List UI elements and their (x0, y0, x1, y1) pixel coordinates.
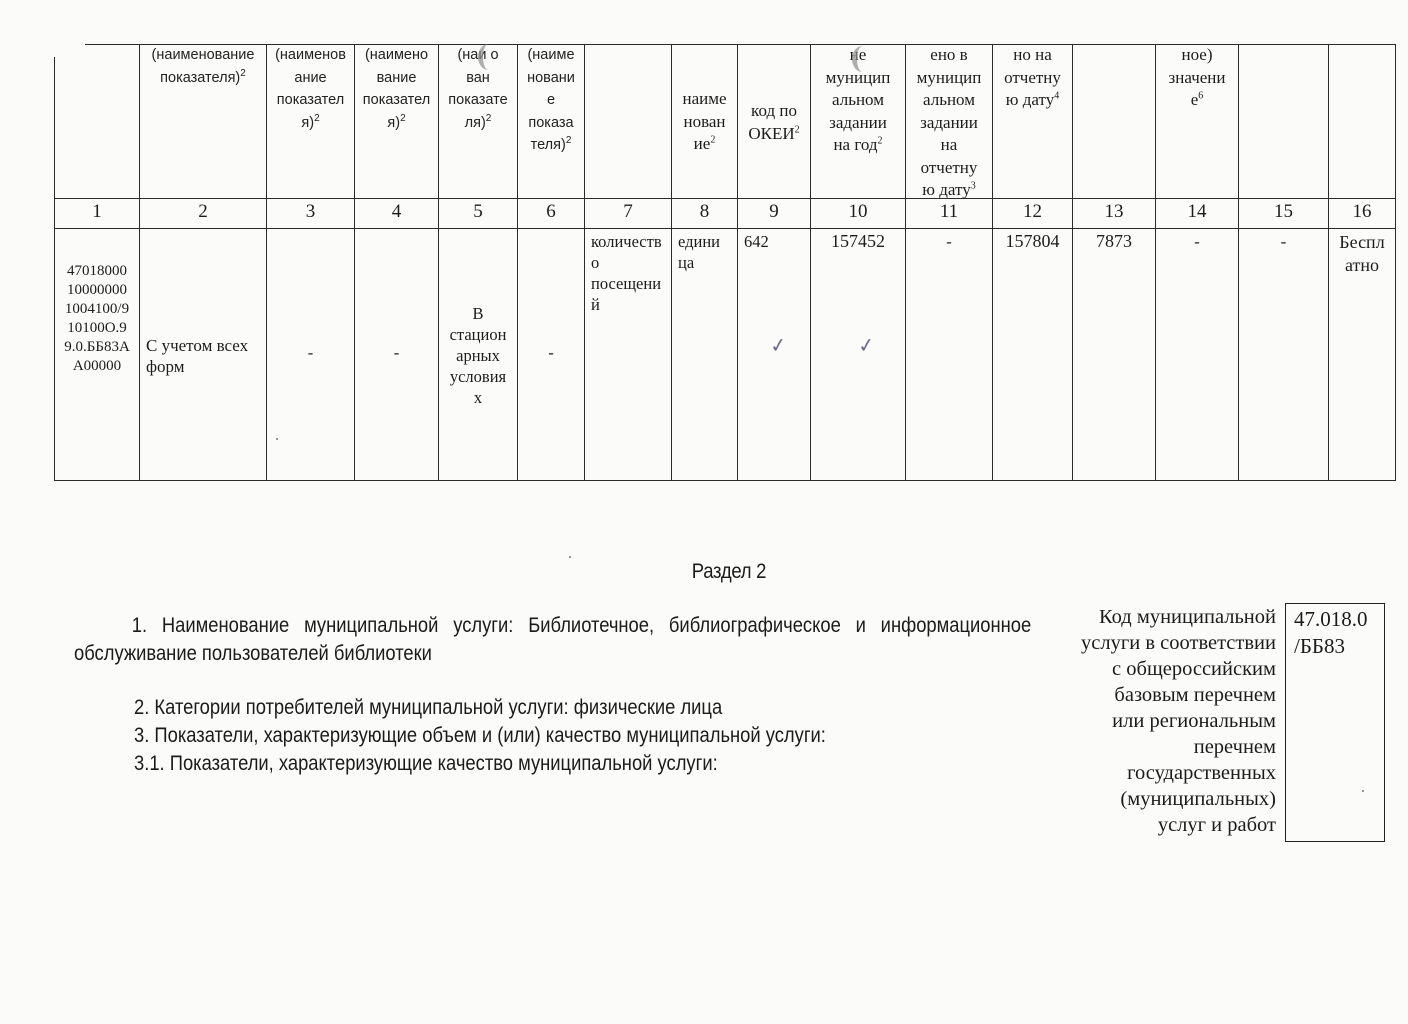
table-header-cell (1239, 40, 1328, 198)
condition-indicator-2-cell: - (518, 342, 584, 480)
table-header-cell: (наименов ание показател я)2 (267, 40, 354, 198)
quality-indicators-heading: 3.1. Показатели, характеризующие качеств… (134, 750, 718, 778)
content-indicator-3-cell: - (355, 342, 438, 480)
column-number-cell: 13 (1073, 198, 1155, 228)
average-price-cell: Беспл атно (1329, 231, 1395, 480)
content-indicator-1-cell: С учетом всех форм (140, 335, 266, 480)
table-header-cell (1073, 40, 1155, 198)
column-number-cell: 7 (585, 198, 671, 228)
footnote-marker: 2 (878, 135, 883, 146)
table-header-cell (1329, 40, 1395, 198)
column-number-cell: 3 (267, 198, 354, 228)
footnote-marker: 2 (795, 124, 800, 135)
table-header-cell: (наименование показателя)2 (140, 40, 266, 198)
table-header-cell: ено в муницип альном задании на отчетну … (906, 40, 992, 198)
header-text: код по ОКЕИ (748, 101, 797, 143)
column-number-cell: 9 (738, 198, 810, 228)
service-name-paragraph: 1. Наименование муниципальной услуги: Би… (74, 612, 1031, 668)
table-header-cell: (наиме новани е показа теля)2 (518, 40, 584, 198)
header-text: ное) значени е (1169, 45, 1226, 109)
header-text: наиме нован ие (682, 89, 726, 153)
scan-artifact (478, 44, 499, 70)
footnote-marker: 2 (566, 135, 572, 146)
table-column-border (1395, 44, 1396, 481)
header-text: ено в муницип альном задании на отчетну … (917, 45, 982, 198)
column-number-cell: 4 (355, 198, 438, 228)
content-indicator-2-cell: - (267, 342, 354, 480)
check-mark-icon: ✓ (856, 332, 876, 358)
check-mark-icon: ✓ (768, 332, 788, 358)
indicator-name-cell: количеств о посещени й (585, 231, 671, 480)
footnote-marker: 4 (1054, 90, 1059, 101)
column-number-cell: 5 (439, 198, 517, 228)
header-text: (наименование показателя) (152, 47, 255, 86)
footnote-marker: 2 (400, 113, 406, 124)
approved-annual-value-cell: 157452 (811, 231, 905, 480)
column-number-cell: 11 (906, 198, 992, 228)
column-number-cell: 14 (1156, 198, 1238, 228)
table-header-cell (585, 40, 671, 198)
table-header-cell (55, 40, 139, 198)
table-header-cell: (наи о ван показате ля)2 (439, 40, 517, 198)
unit-name-cell: едини ца (672, 231, 737, 480)
deviation-reason-cell: - (1239, 231, 1328, 480)
table-divider (54, 228, 1395, 229)
footnote-marker: 2 (314, 113, 320, 124)
footnote-marker: 2 (486, 113, 492, 124)
approved-reporting-value-cell: - (906, 231, 992, 480)
column-number-cell: 1 (55, 198, 139, 228)
column-number-cell: 8 (672, 198, 737, 228)
header-text: (наименов ание показател я) (275, 47, 346, 131)
column-number-cell: 10 (811, 198, 905, 228)
actual-value-cell: 157804 (993, 231, 1072, 480)
table-border-bottom (54, 480, 1395, 481)
header-text: (наимено вание показател я) (363, 47, 430, 131)
table-header-cell: код по ОКЕИ2 (738, 40, 810, 198)
section-title: Раздел 2 (87, 560, 1370, 584)
condition-indicator-1-cell: В стацион арных условия х (439, 303, 517, 480)
consumer-categories-paragraph: 2. Категории потребителей муниципальной … (134, 694, 722, 722)
header-text: но на отчетну ю дату (1004, 45, 1061, 109)
service-code-box: 47.018.0 /ББ83 (1285, 603, 1385, 842)
scanned-document-page: (наименование показателя)2(наименов ание… (0, 0, 1408, 1024)
deviation-exceeding-cell: - (1156, 231, 1238, 480)
scan-speck (276, 438, 278, 440)
table-header-cell: (наимено вание показател я)2 (355, 40, 438, 198)
footnote-marker: 3 (971, 180, 976, 191)
allowed-deviation-cell: 7873 (1073, 231, 1155, 480)
service-code-label: Код муниципальной услуги в соответствии … (1040, 604, 1276, 838)
scan-speck (569, 556, 571, 558)
footnote-marker: 2 (240, 68, 246, 79)
scan-artifact (852, 46, 873, 72)
indicators-heading: 3. Показатели, характеризующие объем и (… (134, 722, 826, 750)
column-number-cell: 6 (518, 198, 584, 228)
column-number-cell: 2 (140, 198, 266, 228)
column-number-cell: 12 (993, 198, 1072, 228)
table-header-cell: наиме нован ие2 (672, 40, 737, 198)
table-header-cell: но на отчетну ю дату4 (993, 40, 1072, 198)
footnote-marker: 6 (1198, 90, 1203, 101)
column-number-cell: 16 (1329, 198, 1395, 228)
registry-number-cell: 47018000 10000000 1004100/9 10100О.9 9.0… (55, 262, 139, 480)
column-number-cell: 15 (1239, 198, 1328, 228)
footnote-marker: 2 (710, 134, 715, 145)
table-header-cell: ное) значени е6 (1156, 40, 1238, 198)
scan-speck (1362, 790, 1364, 792)
